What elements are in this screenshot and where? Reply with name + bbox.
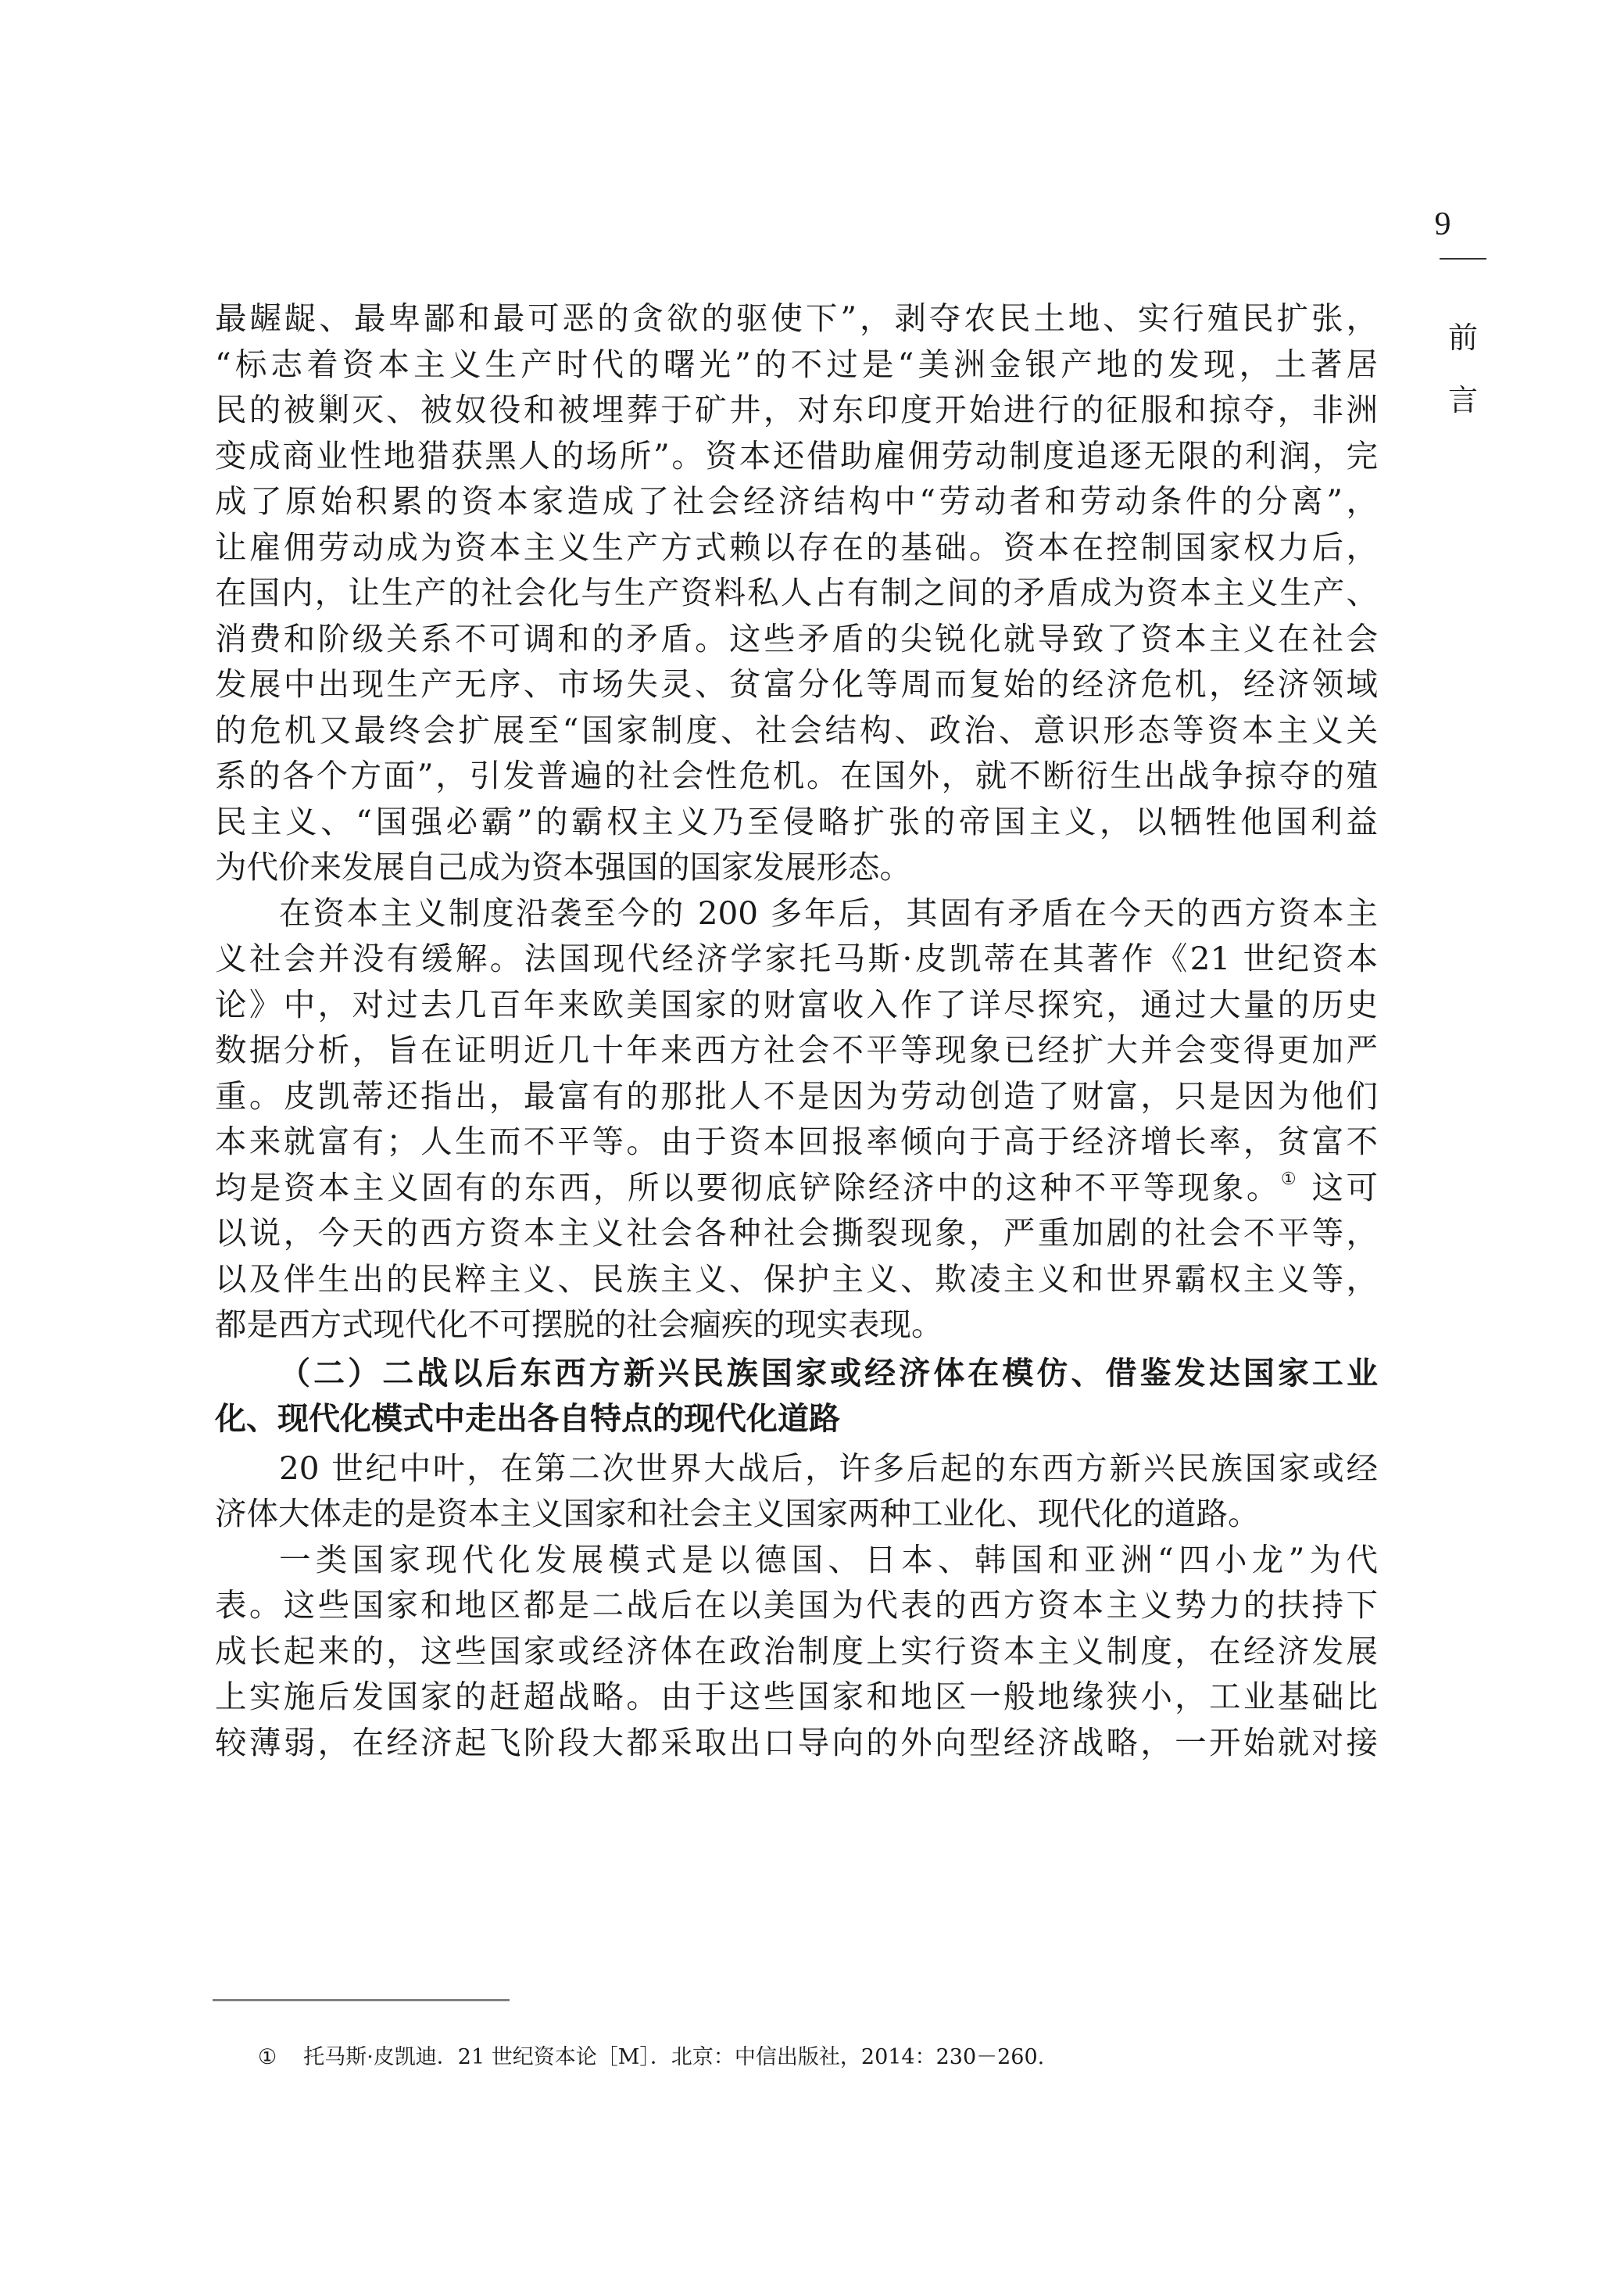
paragraph: 20 世纪中叶，在第二次世界大战后，许多后起的东西方新兴民族国家或经 济体大体走… (215, 1445, 1378, 1537)
text-line: 让雇佣劳动成为资本主义生产方式赖以存在的基础。资本在控制国家权力后， (215, 525, 1378, 571)
paragraph: 最龌龊、最卑鄙和最可恶的贪欲的驱使下”，剥夺农民土地、实行殖民扩张， “标志着资… (215, 296, 1378, 890)
paragraph: 一类国家现代化发展模式是以德国、日本、韩国和亚洲“四小龙”为代 表。这些国家和地… (215, 1537, 1378, 1766)
text-line: 以说，今天的西方资本主义社会各种社会撕裂现象，严重加剧的社会不平等， (215, 1210, 1378, 1256)
page-number: 9 (1411, 205, 1474, 244)
body-text: 最龌龊、最卑鄙和最可恶的贪欲的驱使下”，剥夺农民土地、实行殖民扩张， “标志着资… (215, 296, 1378, 1765)
text-line: 重。皮凯蒂还指出，最富有的那批人不是因为劳动创造了财富，只是因为他们 (215, 1073, 1378, 1119)
text-line: 变成商业性地猎获黑人的场所”。资本还借助雇佣劳动制度追逐无限的利润，完 (215, 433, 1378, 479)
text-line: 义社会并没有缓解。法国现代经济学家托马斯·皮凯蒂在其著作《21 世纪资本 (215, 936, 1378, 982)
text-line: 民主义、“国强必霸”的霸权主义乃至侵略扩张的帝国主义，以牺牲他国利益 (215, 799, 1378, 845)
footnote: ①托马斯·皮凯迪．21 世纪资本论［M］．北京：中信出版社，2014：230－2… (258, 2042, 1044, 2073)
text-line: “标志着资本主义生产时代的曙光”的不过是“美洲金银产地的发现，土著居 (215, 342, 1378, 388)
text-line: 数据分析，旨在证明近几十年来西方社会不平等现象已经扩大并会变得更加严 (215, 1027, 1378, 1073)
text-line: 发展中出现生产无序、市场失灵、贫富分化等周而复始的经济危机，经济领域 (215, 661, 1378, 707)
text-line: 消费和阶级关系不可调和的矛盾。这些矛盾的尖锐化就导致了资本主义在社会 (215, 616, 1378, 662)
running-head-char: 前 (1440, 306, 1486, 369)
text-line: 都是西方式现代化不可摆脱的社会痼疾的现实表现。 (215, 1302, 1378, 1348)
running-head-char: 言 (1440, 369, 1486, 432)
text-line: 一类国家现代化发展模式是以德国、日本、韩国和亚洲“四小龙”为代 (215, 1537, 1378, 1583)
text-line: 在国内，让生产的社会化与生产资料私人占有制之间的矛盾成为资本主义生产、 (215, 570, 1378, 616)
text-segment: 均是资本主义固有的东西，所以要彻底铲除经济中的这种不平等现象。 (215, 1169, 1281, 1206)
footnote-separator (213, 1999, 510, 2001)
text-line: 系的各个方面”，引发普遍的社会性危机。在国外，就不断衍生出战争掠夺的殖 (215, 753, 1378, 799)
text-line: 在资本主义制度沿袭至今的 200 多年后，其固有矛盾在今天的西方资本主 (215, 890, 1378, 937)
text-line: 成长起来的，这些国家或经济体在政治制度上实行资本主义制度，在经济发展 (215, 1628, 1378, 1675)
text-line: 上实施后发国家的赶超战略。由于这些国家和地区一般地缘狭小，工业基础比 (215, 1674, 1378, 1720)
page-number-rule (1440, 258, 1486, 260)
footnote-mark: ① (258, 2045, 277, 2069)
text-line: 为代价来发展自己成为资本强国的国家发展形态。 (215, 844, 1378, 890)
heading-line: （二）二战以后东西方新兴民族国家或经济体在模仿、借鉴发达国家工业 (215, 1351, 1378, 1397)
footnote-reference[interactable]: ① (1281, 1170, 1299, 1189)
text-line: 成了原始积累的资本家造成了社会经济结构中“劳动者和劳动条件的分离”， (215, 478, 1378, 525)
text-line: 论》中，对过去几百年来欧美国家的财富收入作了详尽探究，通过大量的历史 (215, 982, 1378, 1028)
text-line-with-footnote: 均是资本主义固有的东西，所以要彻底铲除经济中的这种不平等现象。① 这可 (215, 1165, 1378, 1211)
text-line: 以及伴生出的民粹主义、民族主义、保护主义、欺凌主义和世界霸权主义等， (215, 1256, 1378, 1302)
text-line: 本来就富有；人生而不平等。由于资本回报率倾向于高于经济增长率，贫富不 (215, 1119, 1378, 1165)
text-line: 较薄弱，在经济起飞阶段大都采取出口导向的外向型经济战略，一开始就对接 (215, 1720, 1378, 1766)
text-segment: 这可 (1299, 1169, 1378, 1206)
running-head: 前 言 (1440, 306, 1486, 432)
text-line: 济体大体走的是资本主义国家和社会主义国家两种工业化、现代化的道路。 (215, 1491, 1378, 1537)
heading-line: 化、现代化模式中走出各自特点的现代化道路 (215, 1396, 1378, 1442)
section-heading: （二）二战以后东西方新兴民族国家或经济体在模仿、借鉴发达国家工业 化、现代化模式… (215, 1351, 1378, 1442)
footnote-text: 托马斯·皮凯迪．21 世纪资本论［M］．北京：中信出版社，2014：230－26… (303, 2045, 1044, 2069)
text-line: 20 世纪中叶，在第二次世界大战后，许多后起的东西方新兴民族国家或经 (215, 1445, 1378, 1492)
paragraph: 在资本主义制度沿袭至今的 200 多年后，其固有矛盾在今天的西方资本主 义社会并… (215, 890, 1378, 1348)
text-line: 民的被剿灭、被奴役和被埋葬于矿井，对东印度开始进行的征服和掠夺，非洲 (215, 387, 1378, 433)
text-line: 最龌龊、最卑鄙和最可恶的贪欲的驱使下”，剥夺农民土地、实行殖民扩张， (215, 296, 1378, 342)
text-line: 表。这些国家和地区都是二战后在以美国为代表的西方资本主义势力的扶持下 (215, 1582, 1378, 1628)
text-line: 的危机又最终会扩展至“国家制度、社会结构、政治、意识形态等资本主义关 (215, 707, 1378, 754)
